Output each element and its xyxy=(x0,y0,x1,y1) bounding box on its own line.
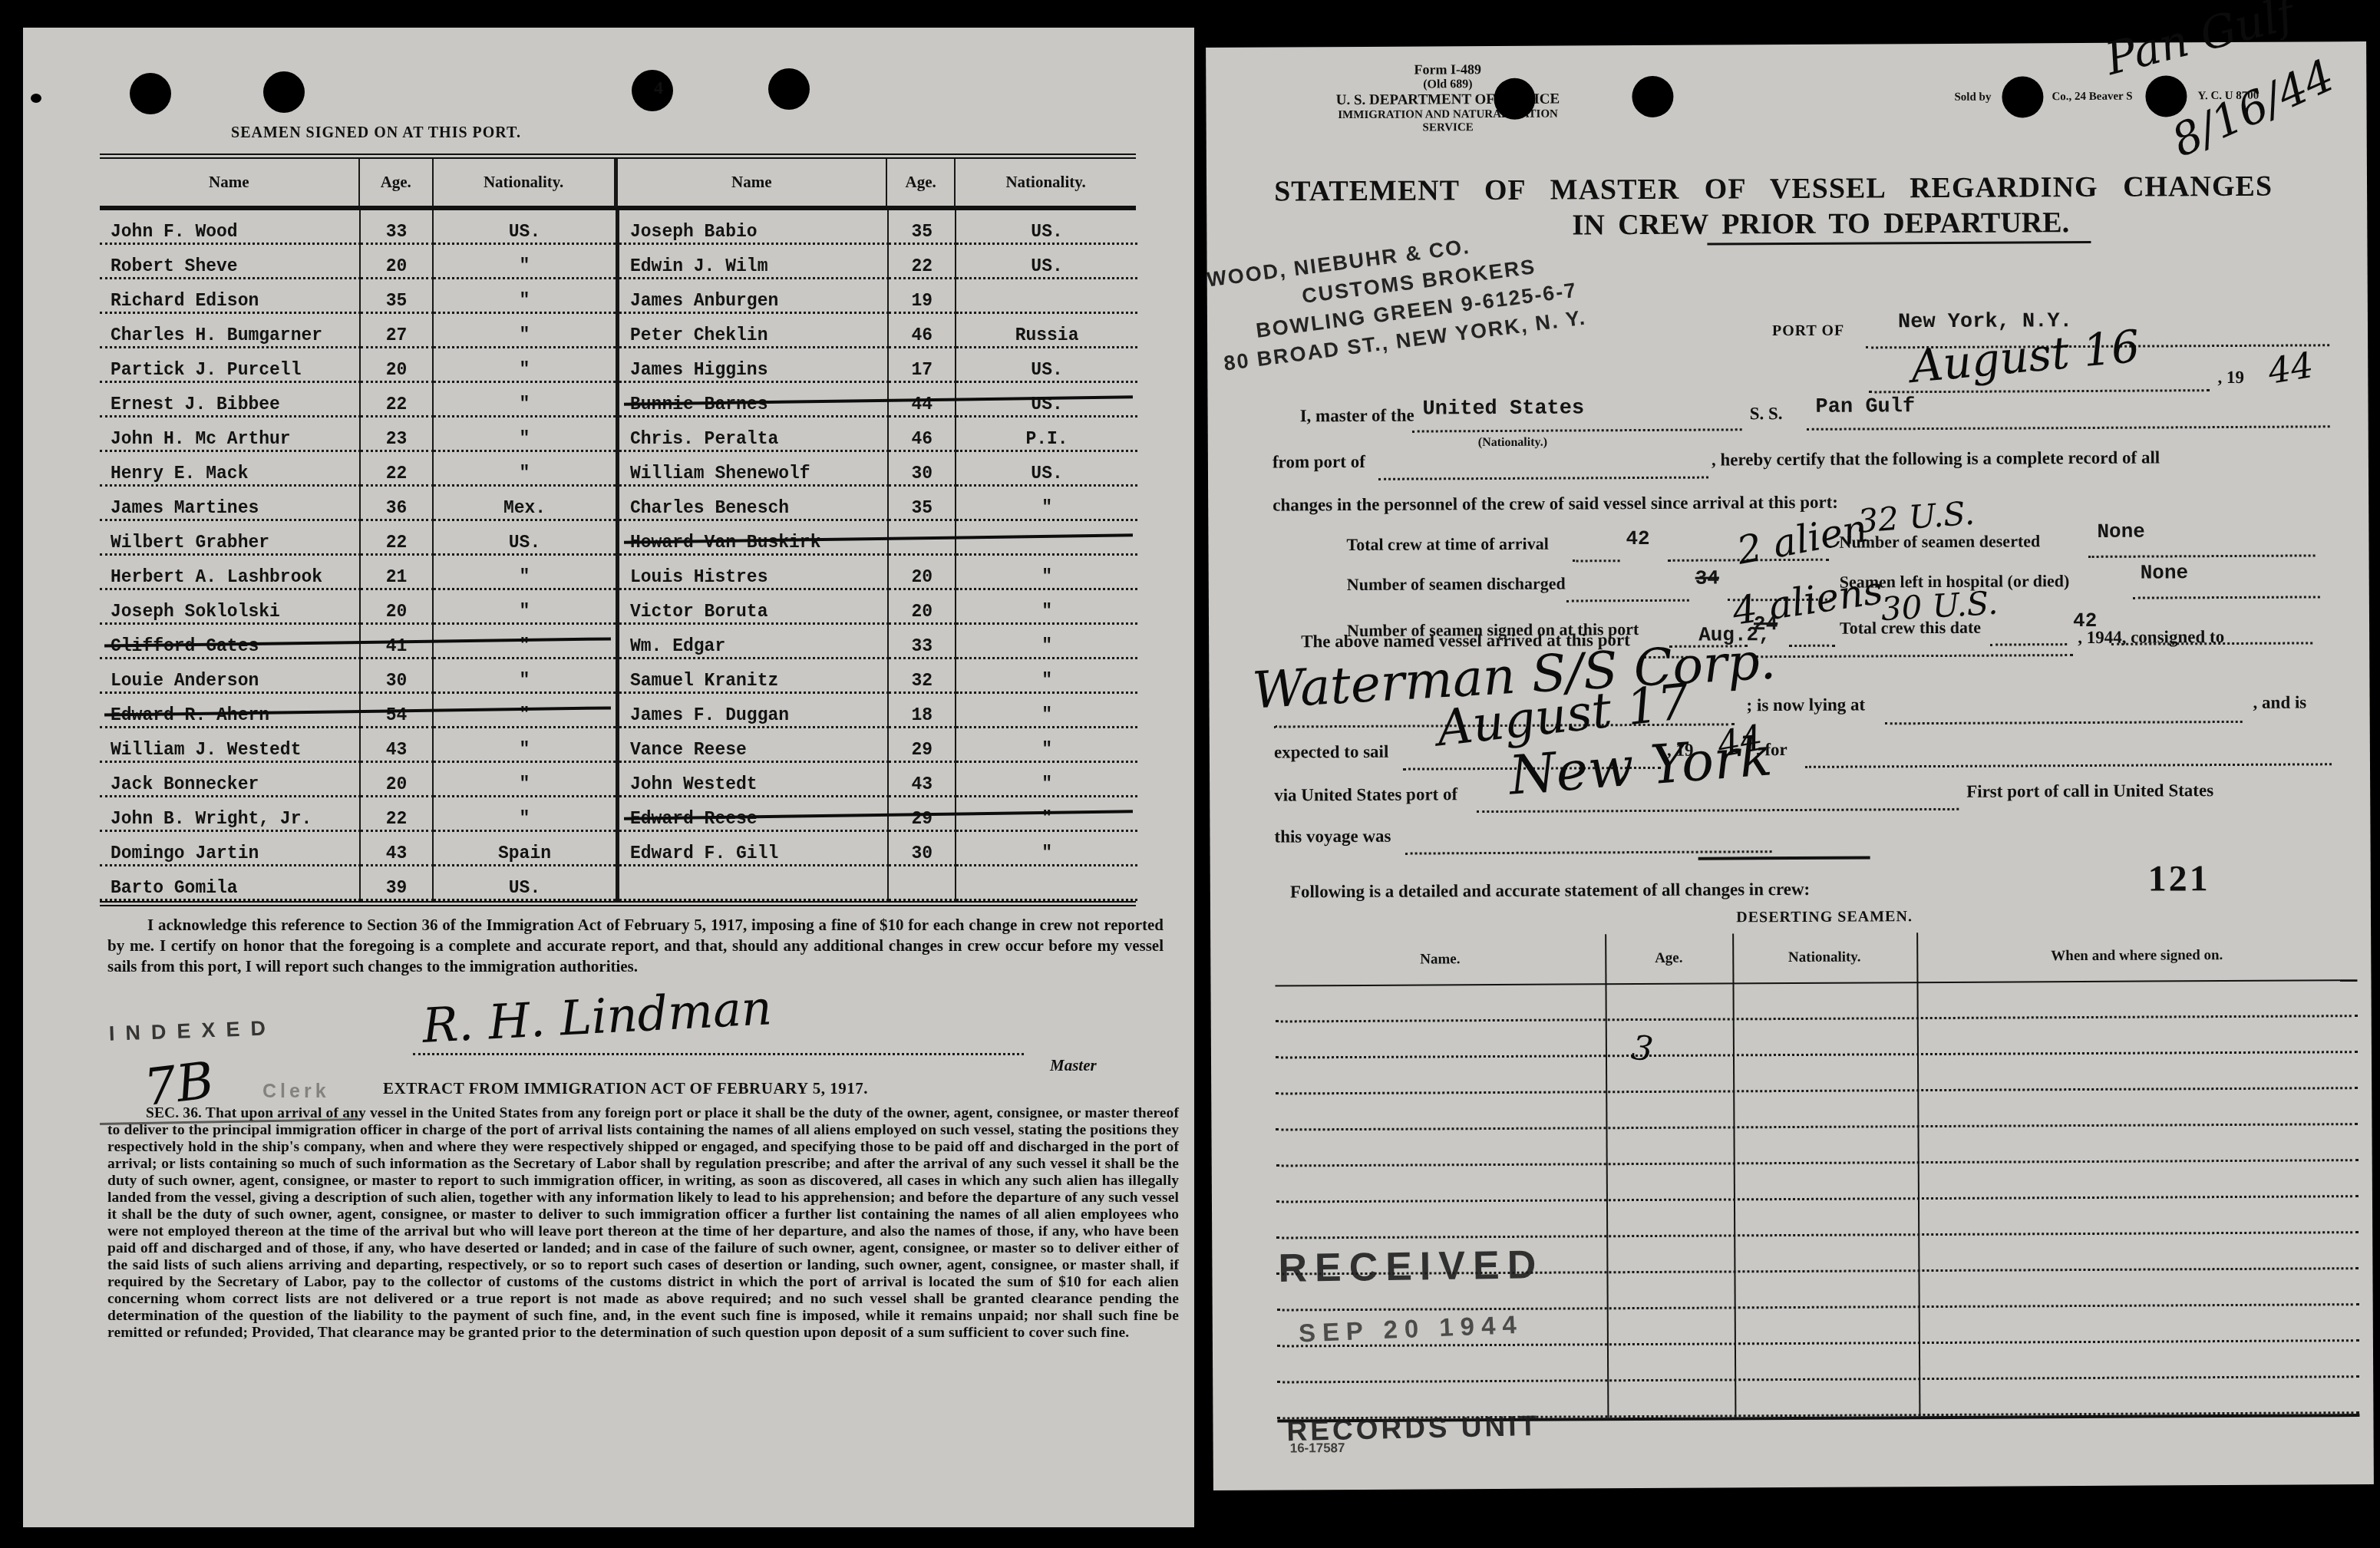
leader xyxy=(1566,599,1689,602)
seaman-name: Edward Reese xyxy=(619,797,889,832)
seaman-name: Charles H. Bumgarner xyxy=(100,314,361,348)
crew-row: Henry E. Mack22"William Shenewolf30US. xyxy=(100,452,1136,487)
seaman-age: 19 xyxy=(889,279,956,314)
seaman-nationality: " xyxy=(434,625,616,659)
crew-row: Louie Anderson30"Samuel Kranitz32" xyxy=(100,659,1136,694)
page-number: 4 xyxy=(654,78,663,99)
vessel-value: Pan Gulf xyxy=(1815,395,1915,419)
crew-row: Robert Sheve20"Edwin J. Wilm22US. xyxy=(100,245,1136,279)
deserting-header-signed-on: When and where signed on. xyxy=(1916,930,2357,982)
seaman-name: Ernest J. Bibbee xyxy=(100,383,361,418)
date-year-handwritten: 44 xyxy=(2265,344,2316,392)
seaman-name: Howard Van Buskirk xyxy=(619,521,889,556)
crew-row-half: Bunnie Barnes44US. xyxy=(618,383,1137,418)
crew-row-half: Vance Reese29" xyxy=(618,728,1137,763)
crew-row: Jack Bonnecker20"John Westedt43" xyxy=(100,763,1136,797)
seaman-age: 43 xyxy=(361,728,434,763)
seaman-nationality: " xyxy=(434,590,616,625)
deserting-row xyxy=(1276,1017,2358,1058)
crew-row: Joseph Soklolski20"Victor Boruta20" xyxy=(100,590,1136,625)
crew-row-half: John B. Wright, Jr.22" xyxy=(100,797,618,832)
column-header-age: Age. xyxy=(360,159,434,208)
crew-row: Charles H. Bumgarner27"Peter Cheklin46Ru… xyxy=(100,314,1136,348)
seaman-name: Louis Histres xyxy=(619,556,889,590)
seaman-name: Victor Boruta xyxy=(619,590,889,625)
seaman-nationality: US. xyxy=(434,521,616,556)
via-label: via United States port of xyxy=(1274,784,1457,805)
seaman-name: James Anburgen xyxy=(619,279,889,314)
leader xyxy=(1477,808,1959,813)
seaman-name: Domingo Jartin xyxy=(100,832,361,866)
seaman-name: Robert Sheve xyxy=(100,245,361,279)
seaman-nationality: " xyxy=(434,418,616,452)
seaman-age: 36 xyxy=(361,487,434,521)
date-handwritten-top: 8/16/44 xyxy=(2164,49,2342,167)
leader xyxy=(2088,554,2316,558)
crew-row-half: James F. Duggan18" xyxy=(618,694,1137,728)
signature-line xyxy=(413,1053,1024,1055)
seaman-name: John H. Mc Arthur xyxy=(100,418,361,452)
crew-row-half: Joseph Babio35US. xyxy=(618,210,1137,245)
seaman-age: 23 xyxy=(361,418,434,452)
seaman-age: 22 xyxy=(361,452,434,487)
seaman-name: Bunnie Barnes xyxy=(619,383,889,418)
crew-row-half: Henry E. Mack22" xyxy=(100,452,618,487)
seaman-nationality: Spain xyxy=(434,832,616,866)
section-separator xyxy=(1698,856,1870,860)
seaman-age: 44 xyxy=(889,383,956,418)
crew-row: Herbert A. Lashbrook21"Louis Histres20" xyxy=(100,556,1136,590)
seaman-nationality: US. xyxy=(434,210,616,245)
master-label: Master xyxy=(1050,1056,1097,1075)
leader xyxy=(1405,850,1772,855)
indexed-stamp: INDEXED xyxy=(109,1016,277,1046)
page-stamp-number: 121 xyxy=(2148,857,2210,899)
seaman-name: William Shenewolf xyxy=(619,452,889,487)
seaman-name: Edward R. Ahern xyxy=(100,694,361,728)
crew-row-half: Barto Gomila39US. xyxy=(100,866,618,901)
first-port-label: First port of call in United States xyxy=(1966,781,2213,802)
leader xyxy=(1789,645,1835,647)
crew-row: Ernest J. Bibbee22"Bunnie Barnes44US. xyxy=(100,383,1136,418)
crew-row-half: Edwin J. Wilm22US. xyxy=(618,245,1137,279)
seaman-name: Edwin J. Wilm xyxy=(619,245,889,279)
deserting-row xyxy=(1276,1197,2359,1239)
seaman-nationality: US. xyxy=(956,383,1137,418)
seaman-age: 35 xyxy=(889,487,956,521)
from-port-line xyxy=(1378,477,1708,480)
seaman-age: 41 xyxy=(361,625,434,659)
seaman-age: 33 xyxy=(361,210,434,245)
deserting-header-name: Name. xyxy=(1275,934,1605,985)
crew-row-half: Robert Sheve20" xyxy=(100,245,618,279)
crew-row: Richard Edison35"James Anburgen19 xyxy=(100,279,1136,314)
seaman-name: Partick J. Purcell xyxy=(100,348,361,383)
leader xyxy=(1573,559,1620,562)
crew-row-half: Charles Benesch35" xyxy=(618,487,1137,521)
discharged-hand-alien: 2 alien xyxy=(1734,506,1871,573)
crew-row-half: Louis Histres20" xyxy=(618,556,1137,590)
seaman-age: 22 xyxy=(361,383,434,418)
column-header-nationality: Nationality. xyxy=(434,159,616,208)
crew-row-half: Howard Van Buskirk xyxy=(618,521,1137,556)
crew-row-half: Herbert A. Lashbrook21" xyxy=(100,556,618,590)
seaman-name: Barto Gomila xyxy=(100,866,361,901)
port-label: PORT OF xyxy=(1772,322,1844,340)
seaman-nationality: " xyxy=(434,348,616,383)
department-name: U. S. DEPARTMENT OF JUSTICE xyxy=(1321,91,1574,109)
seaman-age: 29 xyxy=(889,728,956,763)
leader xyxy=(1885,721,2243,724)
seaman-nationality: Russia xyxy=(956,314,1137,348)
seaman-age: 43 xyxy=(361,832,434,866)
seaman-age: 54 xyxy=(361,694,434,728)
seaman-nationality: " xyxy=(434,728,616,763)
seaman-age: 20 xyxy=(361,763,434,797)
seaman-nationality: " xyxy=(434,694,616,728)
crew-row-half: Wm. Edgar33" xyxy=(618,625,1137,659)
punch-hole xyxy=(2002,76,2043,117)
seaman-nationality: " xyxy=(434,452,616,487)
deserting-row xyxy=(1277,1342,2359,1383)
seaman-age: 20 xyxy=(361,245,434,279)
crew-row-half: John F. Wood33US. xyxy=(100,210,618,245)
punch-hole xyxy=(768,68,810,110)
crew-row: James Martines36Mex.Charles Benesch35" xyxy=(100,487,1136,521)
seaman-name: Vance Reese xyxy=(619,728,889,763)
page-title: SEAMEN SIGNED ON AT THIS PORT. xyxy=(229,124,523,142)
consigned-text: , 1944, consigned to xyxy=(2078,627,2224,648)
crew-row-half: Edward Reese29" xyxy=(618,797,1137,832)
seaman-nationality: US. xyxy=(956,452,1137,487)
seaman-age: 22 xyxy=(889,245,956,279)
seaman-age: 43 xyxy=(889,763,956,797)
vessel-line xyxy=(1807,425,2330,431)
leader xyxy=(1755,654,2073,658)
crew-row-half: James Anburgen19 xyxy=(618,279,1137,314)
seaman-nationality: " xyxy=(434,314,616,348)
seaman-nationality: " xyxy=(956,590,1137,625)
seaman-nationality: " xyxy=(434,659,616,694)
seaman-nationality: " xyxy=(434,763,616,797)
seaman-age: 21 xyxy=(361,556,434,590)
date-year-prefix: , 19 xyxy=(2217,368,2244,388)
seaman-nationality: US. xyxy=(434,866,616,901)
seaman-nationality: US. xyxy=(956,348,1137,383)
crew-row: John H. Mc Arthur23"Chris. Peralta46P.I. xyxy=(100,418,1136,452)
crew-table: Name Age. Nationality. Name Age. Nationa… xyxy=(100,153,1136,906)
seaman-name: Charles Benesch xyxy=(619,487,889,521)
punch-hole xyxy=(1494,78,1535,120)
seaman-age: 32 xyxy=(889,659,956,694)
seaman-name: James F. Duggan xyxy=(619,694,889,728)
seaman-age: 30 xyxy=(889,452,956,487)
acknowledgment-paragraph: I acknowledge this reference to Section … xyxy=(107,915,1164,977)
seaman-name: Peter Cheklin xyxy=(619,314,889,348)
seaman-name: James Martines xyxy=(100,487,361,521)
seaman-nationality: " xyxy=(956,487,1137,521)
crew-row-half xyxy=(618,866,1137,901)
deserting-row xyxy=(1276,1161,2359,1203)
seaman-nationality: " xyxy=(434,245,616,279)
crew-row-half: Edward R. Ahern54" xyxy=(100,694,618,728)
right-page: Form I-489 (Old 689) U. S. DEPARTMENT OF… xyxy=(1206,41,2374,1490)
deserting-header-age: Age. xyxy=(1605,933,1732,983)
seaman-nationality: P.I. xyxy=(956,418,1137,452)
changes-line: changes in the personnel of the crew of … xyxy=(1273,493,1838,516)
seaman-nationality xyxy=(956,866,1137,901)
seaman-name: John Westedt xyxy=(619,763,889,797)
seaman-name: Wilbert Grabher xyxy=(100,521,361,556)
nationality-line xyxy=(1412,428,1742,432)
crew-row-half: Richard Edison35" xyxy=(100,279,618,314)
seaman-age: 30 xyxy=(889,832,956,866)
total-date-label: Total crew this date xyxy=(1840,618,1981,639)
leader xyxy=(1805,763,2332,768)
seaman-name: Joseph Soklolski xyxy=(100,590,361,625)
crew-row-half: Clifford Gates41" xyxy=(100,625,618,659)
crew-row-half: Ernest J. Bibbee22" xyxy=(100,383,618,418)
crew-row-half: Samuel Kranitz32" xyxy=(618,659,1137,694)
seaman-age: 46 xyxy=(889,314,956,348)
punch-hole xyxy=(130,73,171,114)
hospital-value: None xyxy=(2141,561,2189,584)
deserting-row xyxy=(1276,1053,2358,1094)
deserting-row xyxy=(1275,981,2357,1022)
seaman-nationality: " xyxy=(956,797,1137,832)
seaman-age: 39 xyxy=(361,866,434,901)
seaman-age: 18 xyxy=(889,694,956,728)
punch-hole xyxy=(1632,76,1673,117)
crew-row: Edward R. Ahern54"James F. Duggan18" xyxy=(100,694,1136,728)
deserted-value: None xyxy=(2097,520,2145,543)
punch-hole xyxy=(263,71,305,113)
seaman-nationality: " xyxy=(956,625,1137,659)
seaman-nationality: " xyxy=(956,763,1137,797)
seaman-age: 33 xyxy=(889,625,956,659)
records-code: 16-17587 xyxy=(1290,1441,1345,1456)
column-header-name: Name xyxy=(100,159,360,208)
seaman-age: 29 xyxy=(889,797,956,832)
seaman-name: Herbert A. Lashbrook xyxy=(100,556,361,590)
column-header-name: Name xyxy=(616,159,888,208)
seaman-age xyxy=(889,866,956,901)
seaman-name: Richard Edison xyxy=(100,279,361,314)
handwritten-mark: 3 xyxy=(1629,1028,1655,1070)
seaman-name: Edward F. Gill xyxy=(619,832,889,866)
crew-row-half: Partick J. Purcell20" xyxy=(100,348,618,383)
crew-row-half: James Martines36Mex. xyxy=(100,487,618,521)
sold-by-text: Co., 24 Beaver S xyxy=(2052,91,2132,104)
crew-row: William J. Westedt43"Vance Reese29" xyxy=(100,728,1136,763)
scanned-document: { "colors": { "paper": "#c9c8c4", "ink":… xyxy=(0,0,2380,1548)
punch-hole xyxy=(632,70,673,111)
left-page: 4 SEAMEN SIGNED ON AT THIS PORT. Name Ag… xyxy=(23,28,1194,1527)
following-line: Following is a detailed and accurate sta… xyxy=(1290,880,1811,903)
seaman-name: Chris. Peralta xyxy=(619,418,889,452)
seaman-nationality: " xyxy=(956,659,1137,694)
crew-table-header: Name Age. Nationality. Name Age. Nationa… xyxy=(100,159,1136,210)
certify-text: , hereby certify that the following is a… xyxy=(1712,447,2160,470)
sail-label: expected to sail xyxy=(1274,742,1389,763)
crew-row: Partick J. Purcell20"James Higgins17US. xyxy=(100,348,1136,383)
crew-row-half: William Shenewolf30US. xyxy=(618,452,1137,487)
discharged-struck-value: 34 xyxy=(1695,566,1719,589)
seaman-nationality: " xyxy=(434,279,616,314)
nationality-label: (Nationality.) xyxy=(1478,436,1547,450)
seaman-age: 20 xyxy=(361,348,434,383)
seaman-name: John F. Wood xyxy=(100,210,361,245)
column-header-age: Age. xyxy=(887,159,956,208)
seaman-age: 35 xyxy=(889,210,956,245)
crew-row: John F. Wood33US.Joseph Babio35US. xyxy=(100,210,1136,245)
sec36-paragraph: SEC. 36. That upon arrival of any vessel… xyxy=(107,1105,1179,1342)
seaman-nationality: " xyxy=(956,694,1137,728)
seaman-age: 20 xyxy=(889,556,956,590)
service-name: IMMIGRATION AND NATURALIZATION SERVICE xyxy=(1322,107,1575,135)
crew-row: John B. Wright, Jr.22"Edward Reese29" xyxy=(100,797,1136,832)
seaman-name: James Higgins xyxy=(619,348,889,383)
seaman-nationality: " xyxy=(434,556,616,590)
crew-row: Barto Gomila39US. xyxy=(100,866,1136,901)
seaman-nationality xyxy=(956,279,1137,314)
seaman-age: 30 xyxy=(361,659,434,694)
lying-end: , and is xyxy=(2253,692,2307,712)
seaman-name: Jack Bonnecker xyxy=(100,763,361,797)
form-number: Form I-489 xyxy=(1321,61,1574,78)
crew-row-half: John Westedt43" xyxy=(618,763,1137,797)
form-id-block: Form I-489 (Old 689) U. S. DEPARTMENT OF… xyxy=(1321,61,1574,135)
deserting-title: DESERTING SEAMEN. xyxy=(1594,907,2055,927)
column-header-nationality: Nationality. xyxy=(956,159,1136,208)
crew-row-half: Charles H. Bumgarner27" xyxy=(100,314,618,348)
deserting-rows xyxy=(1275,981,2359,1419)
crew-rows: John F. Wood33US.Joseph Babio35US.Robert… xyxy=(100,210,1136,901)
seaman-nationality: " xyxy=(956,728,1137,763)
crew-row-half: Edward F. Gill30" xyxy=(618,832,1137,866)
total-crew-value: 42 xyxy=(1626,527,1649,550)
crew-row: Clifford Gates41"Wm. Edgar33" xyxy=(100,625,1136,659)
extract-heading: EXTRACT FROM IMMIGRATION ACT OF FEBRUARY… xyxy=(269,1079,982,1098)
crew-row-half: Wilbert Grabher22US. xyxy=(100,521,618,556)
lying-label: ; is now lying at xyxy=(1747,695,1866,715)
seaman-name: Henry E. Mack xyxy=(100,452,361,487)
crew-row-half: Chris. Peralta46P.I. xyxy=(618,418,1137,452)
seaman-name: Louie Anderson xyxy=(100,659,361,694)
seaman-name: John B. Wright, Jr. xyxy=(100,797,361,832)
crew-row-half: William J. Westedt43" xyxy=(100,728,618,763)
crew-row-half: Joseph Soklolski20" xyxy=(100,590,618,625)
form-title-line1: STATEMENT OF MASTER OF VESSEL REGARDING … xyxy=(1274,169,2310,208)
sold-by-text: Sold by xyxy=(1954,91,1991,104)
crew-row: Domingo Jartin43SpainEdward F. Gill30" xyxy=(100,832,1136,866)
crew-row-half: Domingo Jartin43Spain xyxy=(100,832,618,866)
seaman-name: Joseph Babio xyxy=(619,210,889,245)
seaman-nationality: " xyxy=(434,797,616,832)
nationality-value: United States xyxy=(1422,397,1584,421)
seaman-name xyxy=(619,866,889,901)
seaman-age: 22 xyxy=(361,797,434,832)
seaman-age: 17 xyxy=(889,348,956,383)
seaman-name: Samuel Kranitz xyxy=(619,659,889,694)
seaman-nationality: " xyxy=(956,556,1137,590)
from-port-label: from port of xyxy=(1273,452,1365,473)
crew-row-half: Peter Cheklin46Russia xyxy=(618,314,1137,348)
master-signature: R. H. Lindman xyxy=(421,979,773,1054)
deserting-table-header: Name. Age. Nationality. When and where s… xyxy=(1275,930,2357,986)
discharged-label: Number of seamen discharged xyxy=(1347,574,1566,595)
seaman-age: 20 xyxy=(889,590,956,625)
crew-row-half: John H. Mc Arthur23" xyxy=(100,418,618,452)
crew-row-half: Jack Bonnecker20" xyxy=(100,763,618,797)
seaman-age xyxy=(889,521,956,556)
seaman-name: William J. Westedt xyxy=(100,728,361,763)
ink-speck xyxy=(31,94,41,103)
punch-hole xyxy=(2145,75,2187,117)
crew-row-half: Louie Anderson30" xyxy=(100,659,618,694)
seaman-age: 20 xyxy=(361,590,434,625)
seaman-age: 35 xyxy=(361,279,434,314)
deserting-header-nationality: Nationality. xyxy=(1732,932,1916,982)
seaman-nationality: US. xyxy=(956,210,1137,245)
seaman-name: Wm. Edgar xyxy=(619,625,889,659)
seaman-nationality: US. xyxy=(956,245,1137,279)
leader xyxy=(1990,643,2067,646)
seaman-nationality: Mex. xyxy=(434,487,616,521)
seaman-age: 27 xyxy=(361,314,434,348)
crew-row: Wilbert Grabher22US.Howard Van Buskirk xyxy=(100,521,1136,556)
deserting-row xyxy=(1276,1125,2358,1167)
form-number-old: (Old 689) xyxy=(1321,77,1574,92)
seaman-name: Clifford Gates xyxy=(100,625,361,659)
leader xyxy=(2133,596,2320,599)
crew-row-half: Victor Boruta20" xyxy=(618,590,1137,625)
deserting-row xyxy=(1276,1089,2358,1130)
seaman-nationality: " xyxy=(434,383,616,418)
master-intro: I, master of the xyxy=(1300,406,1414,427)
ss-label: S. S. xyxy=(1750,404,1783,424)
seaman-nationality: " xyxy=(956,832,1137,866)
total-crew-label: Total crew at time of arrival xyxy=(1346,534,1548,555)
seaman-age: 46 xyxy=(889,418,956,452)
seaman-age: 22 xyxy=(361,521,434,556)
crew-row-half: James Higgins17US. xyxy=(618,348,1137,383)
deserting-table: Name. Age. Nationality. When and where s… xyxy=(1275,930,2359,1422)
received-stamp: RECEIVED xyxy=(1278,1242,1544,1292)
voyage-label: this voyage was xyxy=(1274,827,1391,847)
seaman-nationality xyxy=(956,521,1137,556)
